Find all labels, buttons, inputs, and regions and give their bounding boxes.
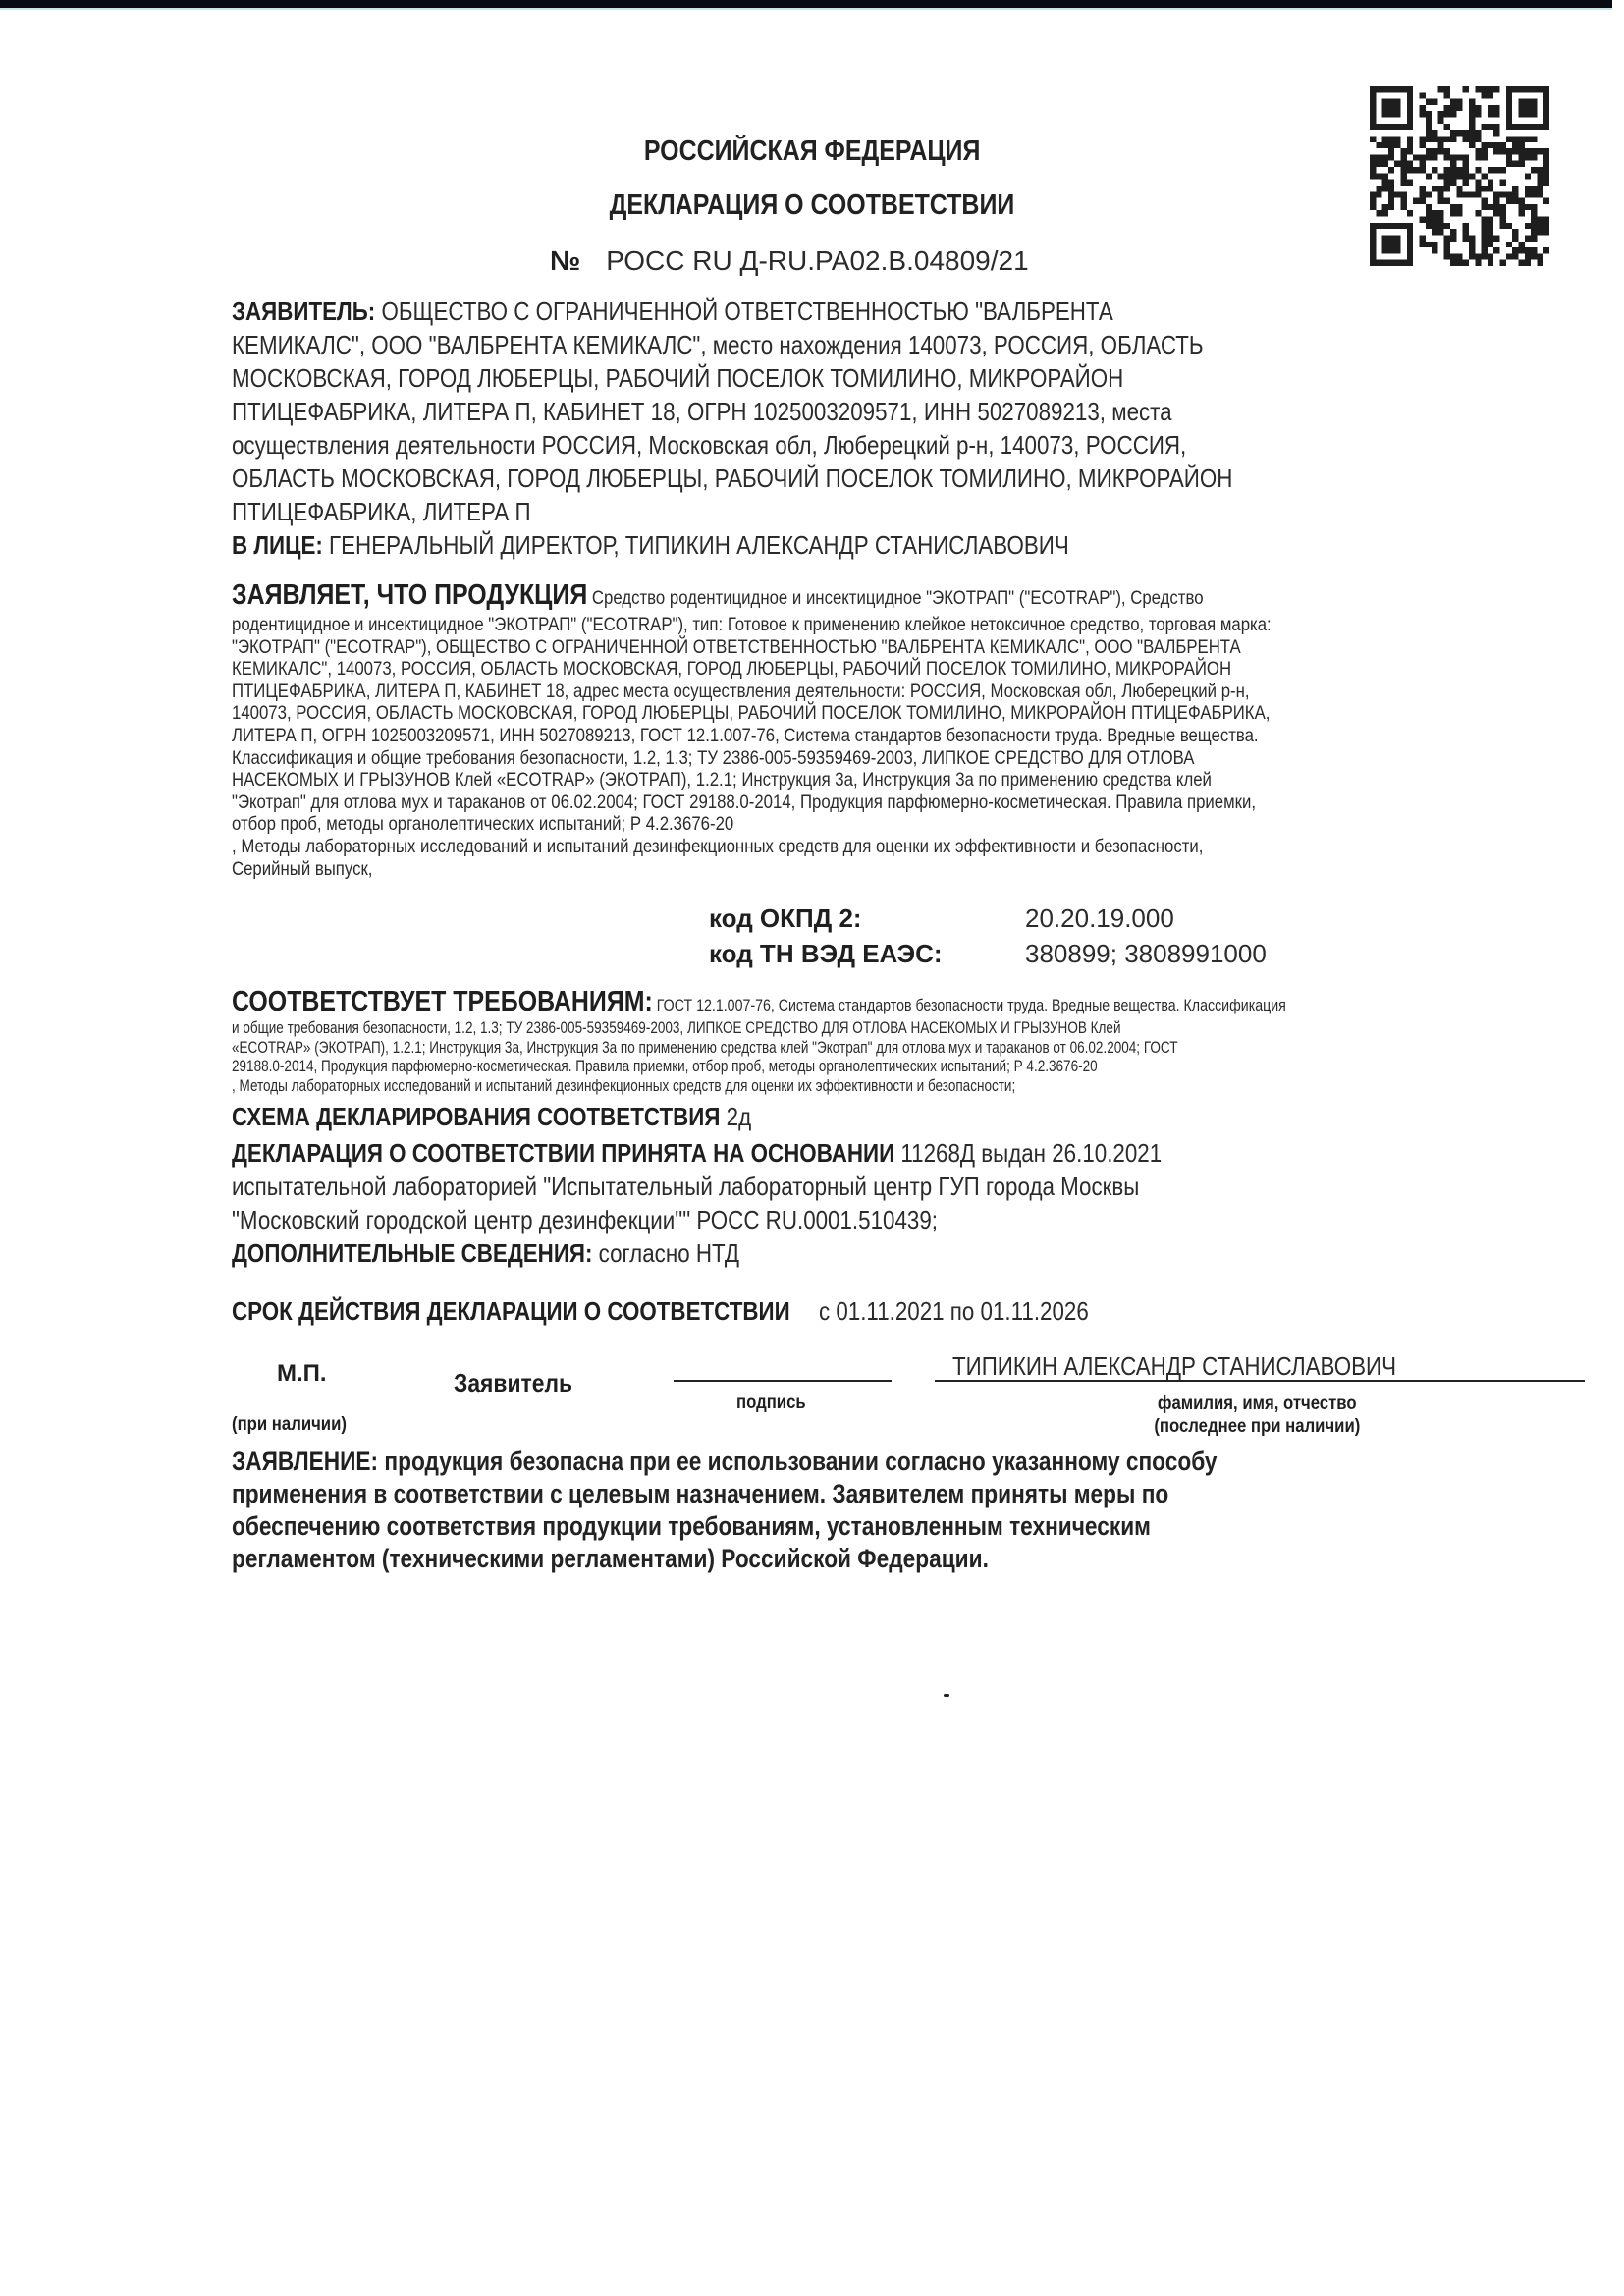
- represented-by-line-label: В ЛИЦЕ:: [232, 530, 323, 560]
- country-text: РОССИЙСКАЯ ФЕДЕРАЦИЯ: [644, 136, 981, 168]
- applicant-section: ЗАЯВИТЕЛЬ: ОБЩЕСТВО С ОГРАНИЧЕННОЙ ОТВЕТ…: [232, 295, 1606, 562]
- applicant-line-text: ПТИЦЕФАБРИКА, ЛИТЕРА П, КАБИНЕТ 18, ОГРН…: [232, 397, 1172, 426]
- additional-line: ДОПОЛНИТЕЛЬНЫЕ СВЕДЕНИЯ: согласно НТД: [232, 1236, 1414, 1270]
- product-line-text: "Экотрап" для отлова мух и тараканов от …: [232, 792, 1256, 813]
- product-line-text: "ЭКОТРАП" ("ECOTRAP"), ОБЩЕСТВО С ОГРАНИ…: [232, 636, 1241, 658]
- requirements-line: и общие требования безопасности, 1.2, 1.…: [232, 1019, 1359, 1039]
- product-line-label: ЗАЯВЛЯЕТ, ЧТО ПРОДУКЦИЯ: [232, 579, 587, 611]
- statement-line: регламентом (техническими регламентами) …: [232, 1543, 1386, 1575]
- scheme-line: СХЕМА ДЕКЛАРИРОВАНИЯ СООТВЕТСТВИЯ 2д: [232, 1100, 1414, 1133]
- scan-edge-bar: [0, 0, 1612, 8]
- basis-label: ДЕКЛАРАЦИЯ О СООТВЕТСТВИИ ПРИНЯТА НА ОСН…: [232, 1138, 894, 1168]
- applicant-line-text: ПТИЦЕФАБРИКА, ЛИТЕРА П: [232, 497, 531, 526]
- requirements-line-text: ГОСТ 12.1.007-76, Система стандартов без…: [653, 997, 1286, 1014]
- product-line-text: Классификация и общие требования безопас…: [232, 747, 1194, 769]
- represented-by-line: В ЛИЦЕ: ГЕНЕРАЛЬНЫЙ ДИРЕКТОР, ТИПИКИН АЛ…: [232, 528, 1414, 562]
- product-line-text: ЛИТЕРА П, ОГРН 1025003209571, ИНН 502708…: [232, 725, 1259, 746]
- requirements-line: , Методы лабораторных исследований и исп…: [232, 1077, 1359, 1097]
- product-line: "Экотрап" для отлова мух и тараканов от …: [232, 792, 1414, 814]
- product-line: Серийный выпуск,: [232, 858, 1414, 881]
- product-line-text: отбор проб, методы органолептических исп…: [232, 813, 733, 835]
- product-line: 140073, РОССИЯ, ОБЛАСТЬ МОСКОВСКАЯ, ГОРО…: [232, 702, 1414, 725]
- requirements-line-text: и общие требования безопасности, 1.2, 1.…: [232, 1019, 1121, 1037]
- codes-section: код ОКПД 2:20.20.19.000код ТН ВЭД ЕАЭС:3…: [709, 903, 943, 974]
- validity-label: СРОК ДЕЙСТВИЯ ДЕКЛАРАЦИИ О СООТВЕТСТВИИ: [232, 1296, 790, 1326]
- additional-value: согласно НТД: [592, 1238, 739, 1268]
- statement-line-text: обеспечению соответствия продукции требо…: [232, 1511, 1151, 1541]
- requirements-line: «ECOTRAP» (ЭКОТРАП), 1.2.1; Инструкция 3…: [232, 1039, 1359, 1059]
- scheme-value: 2д: [720, 1102, 751, 1131]
- product-line: ПТИЦЕФАБРИКА, ЛИТЕРА П, КАБИНЕТ 18, адре…: [232, 681, 1414, 703]
- code-label: код ТН ВЭД ЕАЭС:: [709, 939, 943, 968]
- represented-by-line-text: ГЕНЕРАЛЬНЫЙ ДИРЕКТОР, ТИПИКИН АЛЕКСАНДР …: [323, 530, 1069, 560]
- code-value: 20.20.19.000: [1025, 903, 1174, 934]
- product-line-text: 140073, РОССИЯ, ОБЛАСТЬ МОСКОВСКАЯ, ГОРО…: [232, 702, 1270, 724]
- name-line: [935, 1380, 1585, 1382]
- signature-line[interactable]: [674, 1380, 892, 1382]
- applicant-line: ОБЛАСТЬ МОСКОВСКАЯ, ГОРОД ЛЮБЕРЦЫ, РАБОЧ…: [232, 462, 1414, 495]
- requirements-line-text: «ECOTRAP» (ЭКОТРАП), 1.2.1; Инструкция 3…: [232, 1039, 1178, 1057]
- code-value: 380899; 3808991000: [1025, 939, 1267, 969]
- validity-line: СРОК ДЕЙСТВИЯ ДЕКЛАРАЦИИ О СООТВЕТСТВИИс…: [232, 1294, 1228, 1328]
- product-line: , Методы лабораторных исследований и исп…: [232, 836, 1414, 858]
- applicant-line-text: осуществления деятельности РОССИЯ, Моско…: [232, 430, 1186, 460]
- signer-name: ТИПИКИН АЛЕКСАНДР СТАНИСЛАВОВИЧ: [952, 1349, 1469, 1383]
- statement-line: обеспечению соответствия продукции требо…: [232, 1510, 1386, 1543]
- statement-line-text: регламентом (техническими регламентами) …: [232, 1544, 989, 1573]
- validity-value: с 01.11.2021 по 01.11.2026: [819, 1296, 1089, 1326]
- applicant-line-text: КЕМИКАЛС", ООО "ВАЛБРЕНТА КЕМИКАЛС", мес…: [232, 330, 1204, 359]
- document-title-text: ДЕКЛАРАЦИЯ О СООТВЕТСТВИИ: [610, 190, 1015, 222]
- statement-line-text: применения в соответствии с целевым назн…: [232, 1479, 1168, 1508]
- scheme-label: СХЕМА ДЕКЛАРИРОВАНИЯ СООТВЕТСТВИЯ: [232, 1102, 720, 1131]
- statement-line-label: ЗАЯВЛЕНИЕ:: [232, 1447, 378, 1476]
- scan-speck: [944, 1694, 949, 1697]
- product-line: КЕМИКАЛС", 140073, РОССИЯ, ОБЛАСТЬ МОСКО…: [232, 658, 1414, 681]
- applicant-line-text: ОБЛАСТЬ МОСКОВСКАЯ, ГОРОД ЛЮБЕРЦЫ, РАБОЧ…: [232, 464, 1232, 493]
- applicant-line: осуществления деятельности РОССИЯ, Моско…: [232, 428, 1414, 462]
- statement-line: ЗАЯВЛЕНИЕ: продукция безопасна при ее ис…: [232, 1446, 1386, 1478]
- basis-line-3: "Московский городской центр дезинфекции"…: [232, 1203, 1414, 1236]
- product-line: ЛИТЕРА П, ОГРН 1025003209571, ИНН 502708…: [232, 725, 1414, 747]
- product-line-text: ПТИЦЕФАБРИКА, ЛИТЕРА П, КАБИНЕТ 18, адре…: [232, 681, 1250, 702]
- product-section: ЗАЯВЛЯЕТ, ЧТО ПРОДУКЦИЯ Средство роденти…: [232, 579, 1606, 880]
- requirements-line-text: 29188.0-2014, Продукция парфюмерно-косме…: [232, 1058, 1098, 1075]
- requirements-line-label: СООТВЕТСТВУЕТ ТРЕБОВАНИЯМ:: [232, 986, 653, 1017]
- product-line: Классификация и общие требования безопас…: [232, 747, 1414, 770]
- name-caption: фамилия, имя, отчество (последнее при на…: [0, 1393, 1624, 1438]
- applicant-line: КЕМИКАЛС", ООО "ВАЛБРЕНТА КЕМИКАЛС", мес…: [232, 328, 1414, 361]
- code-label: код ОКПД 2:: [709, 903, 862, 933]
- product-line-text: Средство родентицидное и инсектицидное "…: [587, 587, 1203, 609]
- product-line-text: родентицидное и инсектицидное "ЭКОТРАП" …: [232, 614, 1272, 635]
- product-line: "ЭКОТРАП" ("ECOTRAP"), ОБЩЕСТВО С ОГРАНИ…: [232, 636, 1414, 659]
- applicant-line-text: ОБЩЕСТВО С ОГРАНИЧЕННОЙ ОТВЕТСТВЕННОСТЬЮ…: [375, 297, 1113, 326]
- product-line: отбор проб, методы органолептических исп…: [232, 813, 1414, 836]
- product-line: родентицидное и инсектицидное "ЭКОТРАП" …: [232, 614, 1414, 636]
- applicant-line-label: ЗАЯВИТЕЛЬ:: [232, 297, 375, 326]
- number-value: РОСС RU Д-RU.РА02.В.04809/21: [606, 246, 1028, 276]
- product-line-text: НАСЕКОМЫХ И ГРЫЗУНОВ Клей «ECOTRAP» (ЭКО…: [232, 769, 1212, 791]
- product-line: ЗАЯВЛЯЕТ, ЧТО ПРОДУКЦИЯ Средство роденти…: [232, 579, 1414, 614]
- applicant-line: МОСКОВСКАЯ, ГОРОД ЛЮБЕРЦЫ, РАБОЧИЙ ПОСЕЛ…: [232, 361, 1414, 395]
- number-sign: №: [550, 246, 580, 276]
- requirements-line: СООТВЕТСТВУЕТ ТРЕБОВАНИЯМ: ГОСТ 12.1.007…: [232, 988, 1414, 1019]
- basis-line-1: ДЕКЛАРАЦИЯ О СООТВЕТСТВИИ ПРИНЯТА НА ОСН…: [232, 1136, 1414, 1170]
- code-row: код ОКПД 2:20.20.19.000: [709, 903, 943, 939]
- basis-line-2: испытательной лабораторией "Испытательны…: [232, 1170, 1414, 1203]
- basis-section: СХЕМА ДЕКЛАРИРОВАНИЯ СООТВЕТСТВИЯ 2д ДЕК…: [232, 1100, 1606, 1270]
- scan-edge-highlight: [0, 8, 1612, 10]
- product-line: НАСЕКОМЫХ И ГРЫЗУНОВ Клей «ECOTRAP» (ЭКО…: [232, 769, 1414, 792]
- applicant-line-text: МОСКОВСКАЯ, ГОРОД ЛЮБЕРЦЫ, РАБОЧИЙ ПОСЕЛ…: [232, 363, 1123, 393]
- applicant-line: ЗАЯВИТЕЛЬ: ОБЩЕСТВО С ОГРАНИЧЕННОЙ ОТВЕТ…: [232, 295, 1414, 328]
- additional-label: ДОПОЛНИТЕЛЬНЫЕ СВЕДЕНИЯ:: [232, 1238, 592, 1268]
- product-line-text: КЕМИКАЛС", 140073, РОССИЯ, ОБЛАСТЬ МОСКО…: [232, 658, 1231, 680]
- requirements-section: СООТВЕТСТВУЕТ ТРЕБОВАНИЯМ: ГОСТ 12.1.007…: [232, 988, 1606, 1096]
- product-line-text: Серийный выпуск,: [232, 858, 372, 880]
- statement-line: применения в соответствии с целевым назн…: [232, 1478, 1386, 1510]
- product-line-text: , Методы лабораторных исследований и исп…: [232, 836, 1203, 857]
- code-row: код ТН ВЭД ЕАЭС:380899; 3808991000: [709, 939, 943, 974]
- qr-code-icon: [1370, 86, 1549, 266]
- requirements-line: 29188.0-2014, Продукция парфюмерно-косме…: [232, 1058, 1359, 1077]
- basis-value: 11268Д выдан 26.10.2021: [894, 1138, 1162, 1168]
- declaration-number: №РОСС RU Д-RU.РА02.В.04809/21: [550, 246, 1029, 277]
- requirements-line-text: , Методы лабораторных исследований и исп…: [232, 1077, 1015, 1095]
- applicant-line: ПТИЦЕФАБРИКА, ЛИТЕРА П: [232, 495, 1414, 528]
- statement-section: ЗАЯВЛЕНИЕ: продукция безопасна при ее ис…: [232, 1446, 1606, 1575]
- stamp-label: М.П.: [277, 1360, 327, 1388]
- applicant-line: ПТИЦЕФАБРИКА, ЛИТЕРА П, КАБИНЕТ 18, ОГРН…: [232, 395, 1414, 428]
- statement-line-text: продукция безопасна при ее использовании…: [378, 1447, 1217, 1476]
